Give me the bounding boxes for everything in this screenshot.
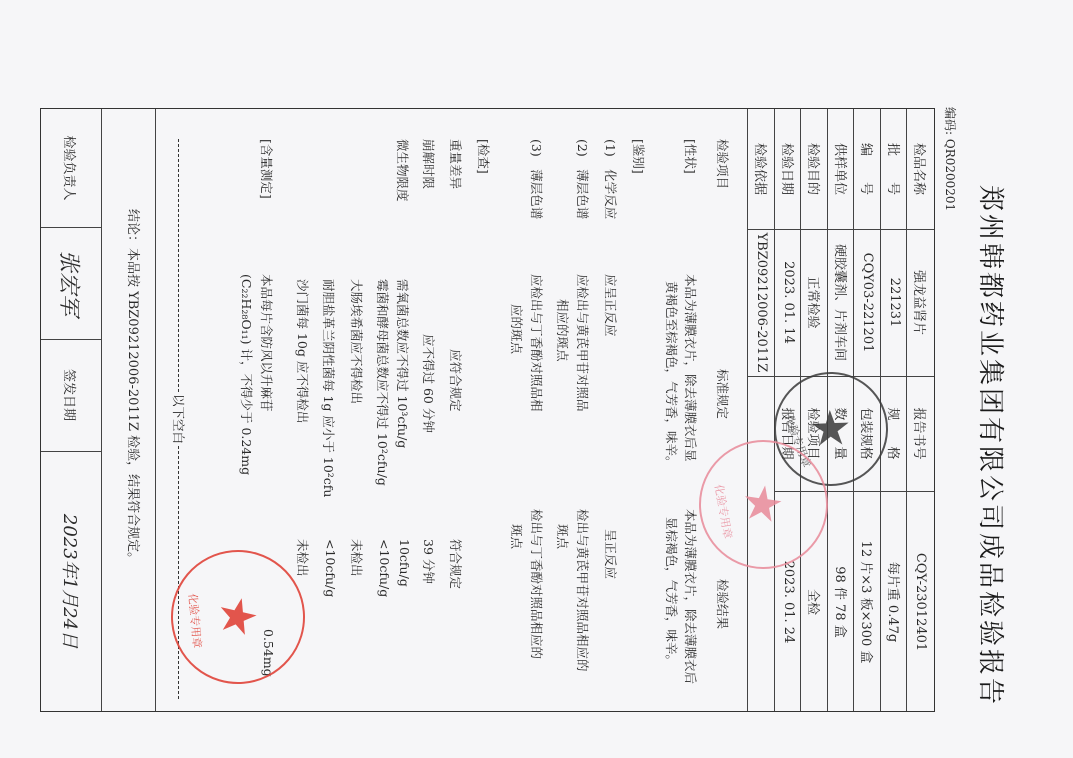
inspector-signature: 张宏军 (41, 227, 101, 339)
field-value: 2023. 01. 14 (775, 229, 802, 376)
inspection-report-page: 郑州韩都药业集团有限公司成品检验报告 编码: QR0200201 检品名称强龙益… (0, 0, 1073, 758)
result-item: [含量测定] (258, 139, 276, 199)
result-standard: 黄褐色至棕褐色，气芳香，味辛。 (663, 281, 681, 469)
field-value: 12 片×3 板×300 盒 (855, 491, 882, 713)
code-label: 编码: (943, 107, 957, 135)
divider (881, 491, 908, 492)
issue-date-label: 签发日期 (41, 339, 101, 451)
result-standard: 应不得过 60 分钟 (420, 334, 438, 433)
field-value: 每片重 0.47g (881, 491, 908, 713)
col-header-result: 检验结果 (714, 579, 732, 629)
result-result: 斑点 (554, 524, 572, 549)
col-header-standard: 标准规定 (714, 369, 732, 419)
field-value: 硬胶囊剂、片剂车间 (828, 229, 855, 376)
divider (828, 229, 855, 230)
divider (881, 376, 908, 377)
result-standard: 耐胆盐革兰阴性菌每 1g 应小于 10²cfu (320, 279, 338, 497)
divider (775, 376, 802, 377)
divider (802, 229, 829, 230)
field-value: YBZ09212006-2011Z (749, 229, 776, 376)
result-result: 检出与丁香酚对照品相应的 (528, 509, 546, 659)
divider (908, 229, 935, 230)
field-label: 编 号 (855, 109, 882, 229)
divider (749, 376, 776, 377)
result-item: [鉴别] (630, 139, 648, 174)
result-standard: 应呈正反应 (602, 274, 620, 337)
code-value: QR0200201 (943, 139, 957, 211)
result-standard: 应检出与丁香酚对照品相 (528, 274, 546, 412)
signature-row: 检验负责人 张宏军 签发日期 2023年1月24日 (41, 109, 101, 711)
col-header-item: 检验项目 (714, 139, 732, 189)
field-value: CQY03-221201 (855, 229, 882, 376)
result-item: [检查] (475, 139, 493, 174)
result-result: 39 分钟 (420, 539, 438, 584)
field-value: 强龙益肾片 (908, 229, 935, 376)
issue-date-handwritten: 2023年1月24日 (41, 451, 101, 711)
result-result: 未检出 (294, 539, 312, 577)
result-result: 本品为薄膜衣片，除去薄膜衣后 (682, 509, 700, 684)
field-label: 检品名称 (908, 109, 935, 229)
result-item: (2) 薄层色谱 (574, 139, 592, 219)
result-standard: 需氧菌总数应不得过 10³cfu/g (394, 279, 412, 448)
result-standard: 应的斑点 (508, 304, 526, 354)
result-standard: 应符合规定 (447, 349, 465, 412)
divider (775, 229, 802, 230)
result-standard: 霉菌和酵母菌总数应不得过 10²cfu/g (374, 279, 392, 486)
divider (101, 109, 102, 711)
end-marker: 以下空白 (170, 392, 188, 446)
result-result: 呈正反应 (602, 529, 620, 579)
divider (749, 229, 776, 230)
field-value: 正常检验 (802, 229, 829, 376)
result-result: 符合规定 (447, 539, 465, 589)
result-item: (3) 薄层色谱 (528, 139, 546, 219)
star-icon: ★ (212, 593, 264, 640)
field-label: 批 号 (881, 109, 908, 229)
star-icon: ★ (801, 401, 861, 458)
result-item: [性状] (682, 139, 700, 174)
result-standard: 本品每片含防风以升麻苷 (258, 274, 276, 412)
field-label: 供样单位 (828, 109, 855, 229)
result-result: 显棕褐色，气芳香，味辛。 (663, 517, 681, 667)
result-standard: 相应的斑点 (554, 299, 572, 362)
document-code: 编码: QR0200201 (942, 107, 959, 211)
result-item: 重量差异 (447, 139, 465, 189)
result-item: 微生物限度 (394, 139, 412, 202)
report-title: 郑州韩都药业集团有限公司成品检验报告 (974, 185, 1011, 707)
field-value: CQY-23012401 (908, 491, 935, 713)
result-standard: 应检出与黄芪甲苷对照品 (574, 274, 592, 412)
field-value: 98 件 78 盒 (828, 491, 855, 713)
divider (855, 376, 882, 377)
result-standard: 本品为薄膜衣片，除去薄膜衣后显 (682, 274, 700, 462)
result-result: 未检出 (348, 539, 366, 577)
result-result: <10cfu/g (377, 539, 392, 597)
divider (747, 109, 748, 711)
divider (828, 491, 855, 492)
field-label: 检验日期 (775, 109, 802, 229)
field-label: 报告书号 (908, 376, 935, 491)
result-result: <10cfu/g (323, 539, 338, 597)
divider (855, 491, 882, 492)
result-result: 10cfu/g (397, 539, 412, 587)
result-item: 崩解时限 (420, 139, 438, 189)
field-value: 221231 (881, 229, 908, 376)
star-icon: ★ (736, 479, 791, 530)
result-standard: 大肠埃希菌应不得检出 (348, 279, 366, 404)
inspector-label: 检验负责人 (41, 109, 101, 227)
divider (881, 229, 908, 230)
divider (908, 376, 935, 377)
divider (155, 109, 156, 711)
result-result: 斑点 (508, 524, 526, 549)
result-standard: 沙门菌每 10g 应不得检出 (294, 279, 312, 423)
conclusion: 结论：本品按 YBZ09212006-2011Z 检验，结果符合规定。 (125, 209, 144, 565)
divider (908, 491, 935, 492)
result-standard: (C₂₂H₂₈O₁₁) 计，不得少于 0.24mg (238, 274, 256, 475)
result-result: 检出与黄芪甲苷对照品相应的 (574, 509, 592, 672)
field-label: 检验依据 (749, 109, 776, 229)
field-label: 检验目的 (802, 109, 829, 229)
header-row: 检品名称强龙益肾片报告书号CQY-23012401 (907, 109, 935, 711)
divider (855, 229, 882, 230)
result-item: (1) 化学反应 (602, 139, 620, 219)
stamp-text: 化验专用章 (185, 593, 206, 649)
header-row: 检验依据YBZ09212006-2011Z (748, 109, 776, 711)
